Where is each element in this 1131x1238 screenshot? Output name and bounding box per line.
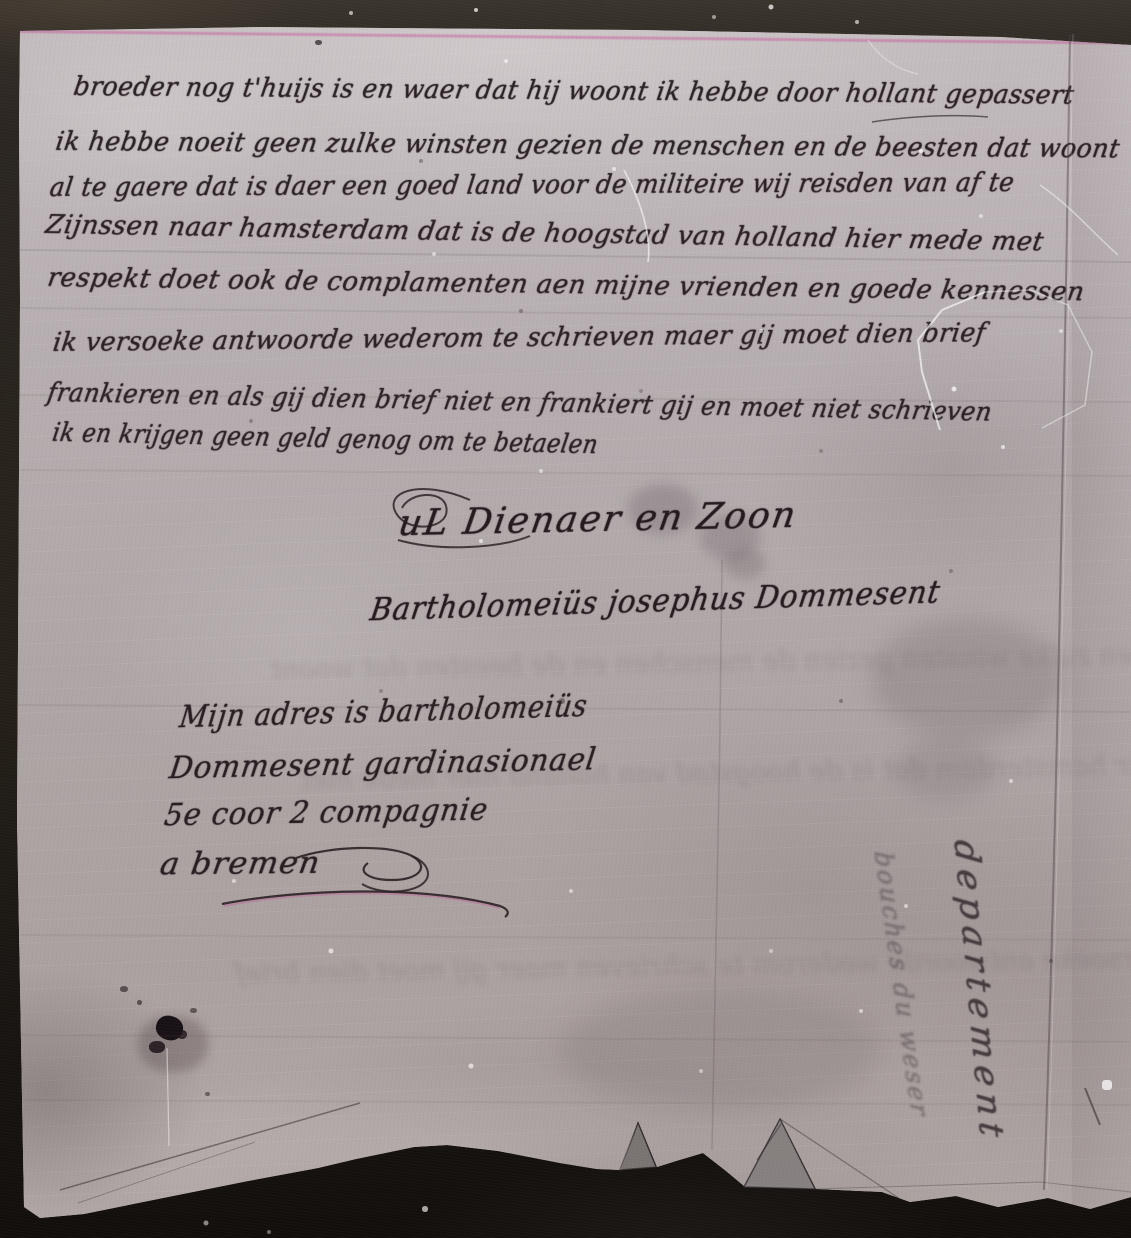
ink-blotch xyxy=(177,1030,187,1039)
handwritten-line: al te gaere dat is daer een goed land vo… xyxy=(48,168,1016,203)
letter-paper: ik hebbe noeit geen zulke winsten gezien… xyxy=(0,0,1131,1238)
show-through-ghost-text: ik hebbe noeit geen zulke winsten gezien… xyxy=(270,635,1131,685)
handwritten-line: ik versoeke antwoorde wederom te schriev… xyxy=(51,318,987,358)
ink-blotch xyxy=(190,1008,197,1013)
handwritten-line: broeder nog t'huijs is en waer dat hij w… xyxy=(72,72,1077,111)
water-stain xyxy=(560,990,880,1110)
signature-name: Bartholomeiüs josephus Dommesent xyxy=(368,574,943,628)
photograph: ik hebbe noeit geen zulke winsten gezien… xyxy=(0,0,1131,1238)
paper-fold-shading xyxy=(1072,30,1131,1210)
handwritten-line: Zijnssen naar hamsterdam dat is de hoogs… xyxy=(43,210,1046,257)
handwritten-line: ik hebbe noeit geen zulke winsten gezien… xyxy=(54,127,1122,164)
address-line: a bremen xyxy=(158,846,323,882)
ink-blotch xyxy=(315,40,322,45)
ink-blotch xyxy=(205,1092,210,1096)
vertical-note-faint: bouches du weser xyxy=(869,851,936,1118)
handwritten-line: respekt doet ook de complamenten aen mij… xyxy=(45,263,1086,307)
vertical-note-departement: departement xyxy=(947,839,1013,1145)
ink-blotch xyxy=(120,986,128,992)
address-line: Mijn adres is bartholomeiüs xyxy=(177,689,589,736)
water-stain xyxy=(872,618,1062,738)
address-line: 5e coor 2 compagnie xyxy=(162,792,490,833)
ink-blotch xyxy=(137,1000,142,1005)
closing-salutation: uL Dienaer en Zoon xyxy=(396,495,801,544)
dirt-specks xyxy=(0,0,2,2)
ink-smudge-stain xyxy=(724,549,766,579)
handwritten-line: ik en krijgen geen geld genog om te beta… xyxy=(50,418,600,460)
ink-blotch xyxy=(149,1041,165,1053)
